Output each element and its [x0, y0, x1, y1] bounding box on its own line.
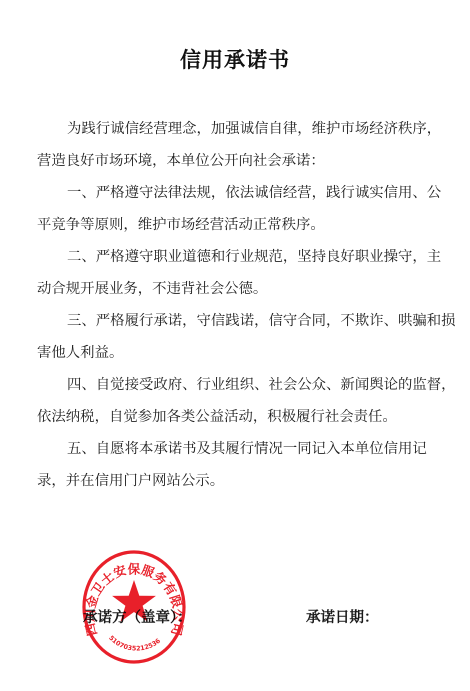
paragraph-line: 动合规开展业务，不违背社会公德。 [37, 273, 437, 305]
paragraph-line: 四、自觉接受政府、行业组织、社会公众、新闻舆论的监督， [37, 369, 437, 401]
paragraph-intro: 为践行诚信经营理念，加强诚信自律，维护市场经济秩序， 营造良好市场环境，本单位公… [37, 113, 437, 177]
paragraph-commitment-3: 三、严格履行承诺，守信践诺，信守合同，不欺诈、哄骗和损 害他人利益。 [37, 305, 437, 369]
paragraph-commitment-1: 一、严格遵守法律法规，依法诚信经营，践行诚实信用、公 平竞争等原则，维护市场经营… [37, 177, 437, 241]
document-page: 信用承诺书 为践行诚信经营理念，加强诚信自律，维护市场经济秩序， 营造良好市场环… [0, 0, 470, 691]
paragraph-line: 二、严格遵守职业道德和行业规范，坚持良好职业操守，主 [37, 241, 437, 273]
paragraph-line: 一、严格遵守法律法规，依法诚信经营，践行诚实信用、公 [37, 177, 437, 209]
paragraph-commitment-5: 五、自愿将本承诺书及其履行情况一同记入本单位信用记 录，并在信用门户网站公示。 [37, 433, 437, 497]
paragraph-line: 平竞争等原则，维护市场经营活动正常秩序。 [37, 209, 437, 241]
svg-text:5107035212536: 5107035212536 [107, 634, 162, 653]
paragraph-line: 录，并在信用门户网站公示。 [37, 465, 437, 497]
paragraph-line: 为践行诚信经营理念，加强诚信自律，维护市场经济秩序， [37, 113, 437, 145]
paragraph-commitment-4: 四、自觉接受政府、行业组织、社会公众、新闻舆论的监督， 依法纳税，自觉参加各类公… [37, 369, 437, 433]
seal-code: 5107035212536 [107, 634, 162, 653]
star-icon [112, 580, 156, 622]
paragraph-line: 三、严格履行承诺，守信践诺，信守合同，不欺诈、哄骗和损 [37, 305, 437, 337]
paragraph-line: 营造良好市场环境，本单位公开向社会承诺： [37, 145, 437, 177]
company-seal-stamp: 四川金卫士安保服务有限公司 5107035212536 [80, 548, 188, 666]
paragraph-line: 五、自愿将本承诺书及其履行情况一同记入本单位信用记 [37, 433, 437, 465]
document-title: 信用承诺书 [0, 44, 470, 74]
date-label: 承诺日期： [306, 606, 379, 627]
paragraph-line: 依法纳税，自觉参加各类公益活动，积极履行社会责任。 [37, 401, 437, 433]
paragraph-line: 害他人利益。 [37, 337, 437, 369]
paragraph-commitment-2: 二、严格遵守职业道德和行业规范，坚持良好职业操守，主 动合规开展业务，不违背社会… [37, 241, 437, 305]
